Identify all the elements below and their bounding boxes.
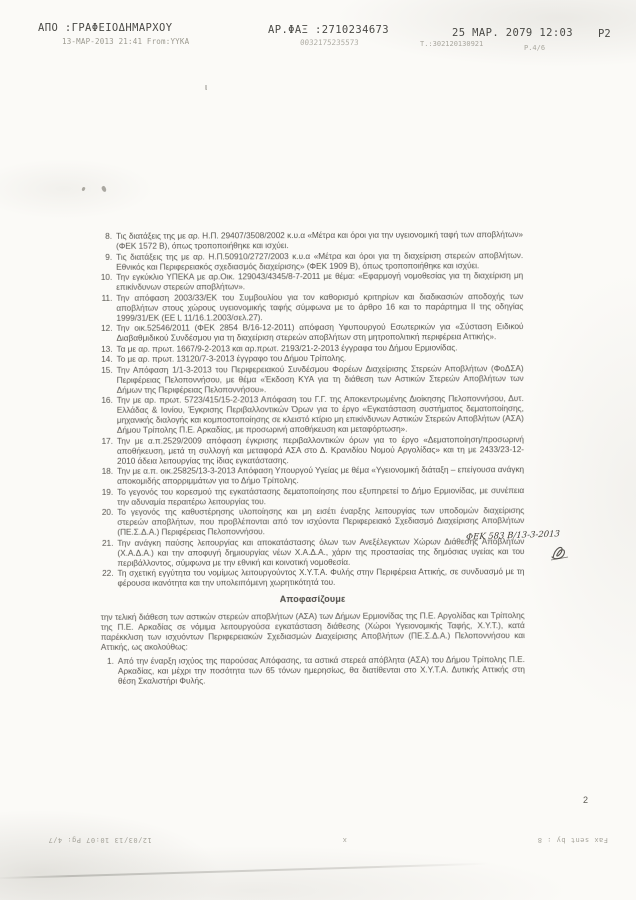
item-text: Τις διατάξεις της με αρ. Η.Π. 29407/3508… <box>116 229 523 251</box>
item-number: 22. <box>100 568 117 578</box>
list-item-12: 12. Την οικ.52546/2011 (ΦΕΚ 2854 Β/16-12… <box>99 321 523 343</box>
fax-from-label: ΑΠΟ :ΓΡΑΦΕΙΟΔΗΜΑΡΧΟΥ <box>38 22 172 34</box>
list-item-9: 9. Τις διατάξεις της με αρ. Η.Π.50910/27… <box>99 250 523 272</box>
inverted-fax-footer: Fax sent by : 8 x 12/03/13 10:07 Pg: 4/7 <box>48 836 608 844</box>
ink-smudge-artifact <box>80 185 110 195</box>
footer-separator: x <box>342 836 347 844</box>
decision-heading: Αποφασίζουμε <box>101 593 525 605</box>
list-item-15: 15. Την Απόφαση 1/1-3-2013 του Περιφερει… <box>100 363 524 395</box>
item-number: 9. <box>99 251 116 261</box>
fax-to-line: Τ.:302120130921 <box>420 40 483 48</box>
scan-edge-artifact <box>0 863 489 880</box>
list-item-22: 22. Τη σχετική εγγύτητα του νομίμως λειτ… <box>100 566 524 588</box>
item-number: 10. <box>99 272 116 282</box>
signature-squiggle-icon <box>549 544 571 562</box>
fax-page-code: P2 <box>598 28 611 40</box>
item-text: Την Απόφαση 1/1-3-2013 του Περιφερειακού… <box>117 363 524 395</box>
item-text: Τη σχετική εγγύτητα του νομίμως λειτουργ… <box>117 566 524 588</box>
list-item-16: 16. Την με αρ. πρωτ. 5723/415/15-2-2013 … <box>100 393 524 435</box>
item-number: 17. <box>100 435 117 445</box>
decision-intro-paragraph: την τελική διάθεση των αστικών στερεών α… <box>101 610 525 652</box>
footer-sent-by: Fax sent by : 8 <box>537 836 608 844</box>
item-text: Το γεγονός της καθυστέρησης υλοποίησης κ… <box>117 505 524 537</box>
item-number: 16. <box>100 395 117 405</box>
item-number: 1. <box>101 656 118 666</box>
fax-sent-line: 13-ΜΑΡ-2013 21:41 From:YYKA <box>62 37 189 46</box>
list-item-19: 19. Το γεγονός του κορεσμού της εγκατάστ… <box>100 485 524 507</box>
item-text: Τις διατάξεις της με αρ. Η.Π.50910/2727/… <box>116 250 523 272</box>
list-item-18: 18. Την με α.π. οικ.25825/13-3-2013 Απόφ… <box>100 464 524 486</box>
item-number: 20. <box>100 507 117 517</box>
page-number: 2 <box>583 795 588 805</box>
item-number: 13. <box>99 343 116 353</box>
item-text: Την εγκύκλιο ΥΠΕΚΑ με αρ.Οικ. 129043/434… <box>116 270 523 292</box>
item-text: Την ανάγκη παύσης λειτουργίας και αποκατ… <box>117 536 524 568</box>
document-body: 8. Τις διατάξεις της με αρ. Η.Π. 29407/3… <box>99 229 525 686</box>
item-text: Την με αρ. πρωτ. 5723/415/15-2-2013 Απόφ… <box>117 393 524 435</box>
item-number: 18. <box>100 466 117 476</box>
item-text: Την με α.π. οικ.25825/13-3-2013 Απόφαση … <box>117 464 524 486</box>
item-number: 19. <box>100 486 117 496</box>
item-number: 8. <box>99 231 116 241</box>
scanned-fax-page: ΑΠΟ :ΓΡΑΦΕΙΟΔΗΜΑΡΧΟΥ 13-ΜΑΡ-2013 21:41 F… <box>0 0 636 900</box>
item-text: Από την έναρξη ισχύος της παρούσας Απόφα… <box>118 654 525 686</box>
item-text: Το γεγονός του κορεσμού της εγκατάστασης… <box>117 485 524 507</box>
stray-tick-mark: ι <box>205 82 207 92</box>
list-item-21: 21. Την ανάγκη παύσης λειτουργίας και απ… <box>100 536 524 568</box>
item-text: Την με α.π.2529/2009 απόφαση έγκρισης πε… <box>117 434 524 466</box>
item-number: 14. <box>100 354 117 364</box>
list-item-10: 10. Την εγκύκλιο ΥΠΕΚΑ με αρ.Οικ. 129043… <box>99 270 523 292</box>
list-item-17: 17. Την με α.π.2529/2009 απόφαση έγκριση… <box>100 434 524 466</box>
item-text: Την οικ.52546/2011 (ΦΕΚ 2854 Β/16-12-201… <box>116 321 523 343</box>
list-item-8: 8. Τις διατάξεις της με αρ. Η.Π. 29407/3… <box>99 229 523 251</box>
item-text: Την απόφαση 2003/33/ΕΚ του Συμβουλίου γι… <box>116 291 523 323</box>
fax-page-fraction: P.4/6 <box>524 44 545 52</box>
handwritten-initials-mark <box>549 544 571 567</box>
decision-item-1: 1. Από την έναρξη ισχύος της παρούσας Απ… <box>101 654 525 686</box>
item-number: 12. <box>99 323 116 333</box>
fax-datetime: 25 ΜΑΡ. 2079 12:03 <box>452 27 573 39</box>
item-number: 21. <box>100 537 117 547</box>
list-item-11: 11. Την απόφαση 2003/33/ΕΚ του Συμβουλίο… <box>99 291 523 323</box>
item-number: 15. <box>100 364 117 374</box>
fax-number: ΑΡ.ΦΑΞ :2710234673 <box>268 24 389 36</box>
item-number: 11. <box>99 292 116 302</box>
footer-stamp: 12/03/13 10:07 Pg: 4/7 <box>48 836 152 844</box>
list-item-20: 20. Το γεγονός της καθυστέρησης υλοποίησ… <box>100 505 524 537</box>
fax-number-echo: 0032175235573 <box>300 38 359 47</box>
